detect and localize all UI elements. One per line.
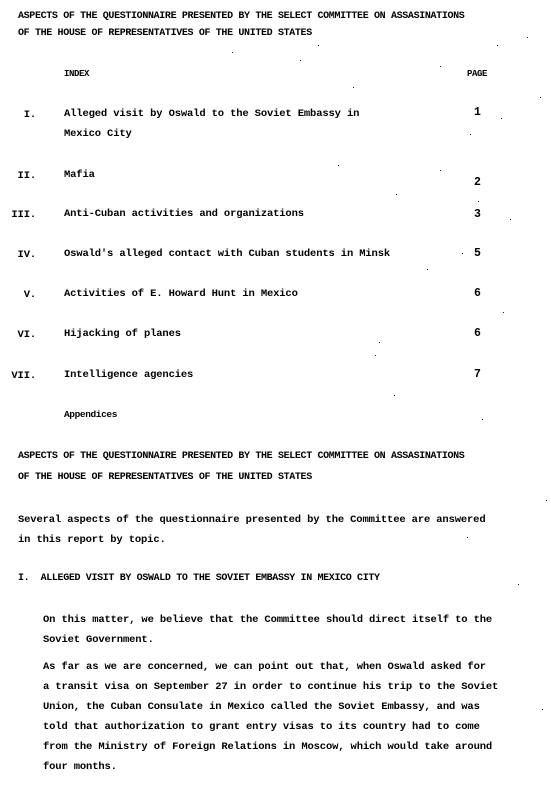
index-entry-page: 5 xyxy=(474,248,481,260)
intro-paragraph: Several aspects of the questionnaire pre… xyxy=(18,510,485,550)
scan-speck xyxy=(527,37,528,38)
body-title-line-1: ASPECTS OF THE QUESTIONNAIRE PRESENTED B… xyxy=(18,451,464,463)
scan-speck xyxy=(510,219,511,220)
section-1-paragraph-1: On this matter, we believe that the Comm… xyxy=(43,610,492,650)
index-entry-numeral: VII. xyxy=(0,370,36,382)
index-entry-numeral: VI. xyxy=(0,329,36,341)
scan-speck xyxy=(482,419,483,420)
index-entry-page: 3 xyxy=(474,209,481,221)
scan-speck xyxy=(470,134,471,135)
index-entry-numeral: IV. xyxy=(0,249,36,261)
index-entry-numeral: I. xyxy=(0,109,36,121)
index-entry-text: Mafia xyxy=(64,165,95,185)
scan-speck xyxy=(394,395,395,396)
index-entry-numeral: II. xyxy=(0,170,36,182)
index-label: INDEX xyxy=(64,68,89,80)
scan-speck xyxy=(375,355,376,356)
scan-speck xyxy=(318,45,319,46)
scan-speck xyxy=(300,60,301,61)
index-entry-numeral: III. xyxy=(0,209,36,221)
index-entry-text: Intelligence agencies xyxy=(64,365,193,385)
scan-speck xyxy=(518,584,519,585)
index-entry-page: 6 xyxy=(474,288,481,300)
scan-speck xyxy=(232,52,233,53)
scan-speck xyxy=(462,253,463,254)
index-title-line-2: OF THE HOUSE OF REPRESENTATIVES OF THE U… xyxy=(18,28,312,40)
scan-speck xyxy=(353,87,354,88)
index-entry-page: 6 xyxy=(474,328,481,340)
index-title-line-1: ASPECTS OF THE QUESTIONNAIRE PRESENTED B… xyxy=(18,11,464,23)
scan-speck xyxy=(542,709,543,710)
index-entry-text: Hijacking of planes xyxy=(64,324,181,344)
scan-speck xyxy=(501,118,502,119)
index-entry-numeral: V. xyxy=(0,289,36,301)
scan-speck xyxy=(440,66,441,67)
page-column-label: PAGE xyxy=(467,68,487,80)
scan-speck xyxy=(338,165,339,166)
index-entry-text: Anti-Cuban activities and organizations xyxy=(64,204,304,224)
index-entry-page: 7 xyxy=(474,369,481,381)
scan-speck xyxy=(497,45,498,46)
scan-speck xyxy=(440,170,441,171)
appendices-label: Appendices xyxy=(64,409,117,421)
scan-speck xyxy=(540,97,541,98)
section-1-heading: I. ALLEGED VISIT BY OSWALD TO THE SOVIET… xyxy=(18,573,380,585)
scan-speck xyxy=(379,342,380,343)
scan-speck xyxy=(503,312,504,313)
index-entry-text: Oswald's alleged contact with Cuban stud… xyxy=(64,244,390,264)
scan-speck xyxy=(396,194,397,195)
index-entry-page: 2 xyxy=(474,177,481,189)
index-entry-text: Activities of E. Howard Hunt in Mexico xyxy=(64,284,298,304)
body-title-line-2: OF THE HOUSE OF REPRESENTATIVES OF THE U… xyxy=(18,472,312,484)
scan-speck xyxy=(546,500,547,501)
index-entry-page: 1 xyxy=(474,107,481,119)
scan-speck xyxy=(478,201,479,202)
section-1-paragraph-2: As far as we are concerned, we can point… xyxy=(43,657,498,777)
scan-speck xyxy=(427,269,428,270)
scan-speck xyxy=(467,537,468,538)
index-entry-text: Alleged visit by Oswald to the Soviet Em… xyxy=(64,104,359,144)
